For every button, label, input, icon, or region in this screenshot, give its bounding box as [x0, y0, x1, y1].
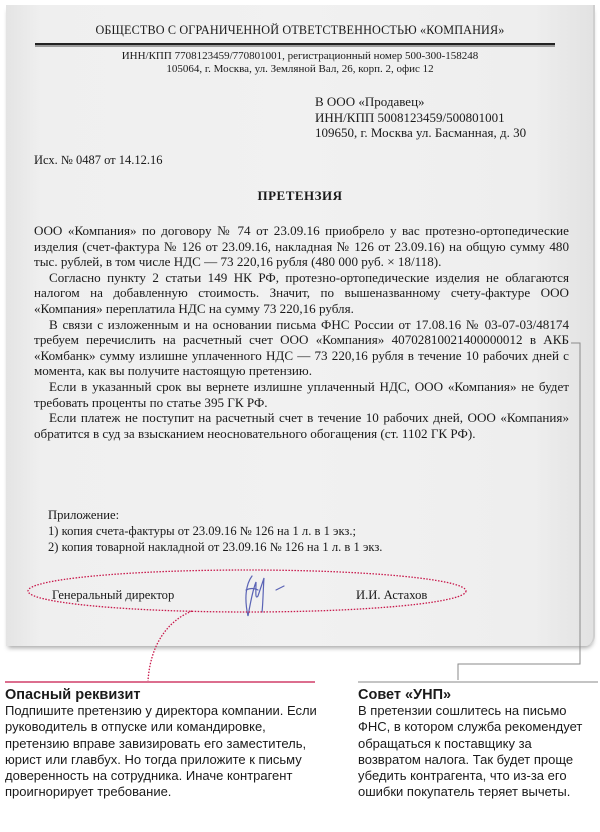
signature-highlight-ellipse: [28, 570, 466, 612]
callout-dangerous-requisite: Опасный реквизит Подпишите претензию у д…: [5, 687, 320, 801]
callout-title: Совет «УНП»: [358, 687, 598, 703]
callout-unp-advice: Совет «УНП» В претензии сошлитесь на пис…: [358, 687, 598, 801]
callout-text: В претензии сошлитесь на письмо ФНС, в к…: [358, 703, 598, 801]
callout-connector-red: [148, 611, 192, 681]
callout-connector-gray: [458, 343, 580, 680]
callout-text: Подпишите претензию у директора компании…: [5, 703, 320, 801]
signature-icon: [246, 576, 284, 616]
callout-title: Опасный реквизит: [5, 687, 320, 703]
